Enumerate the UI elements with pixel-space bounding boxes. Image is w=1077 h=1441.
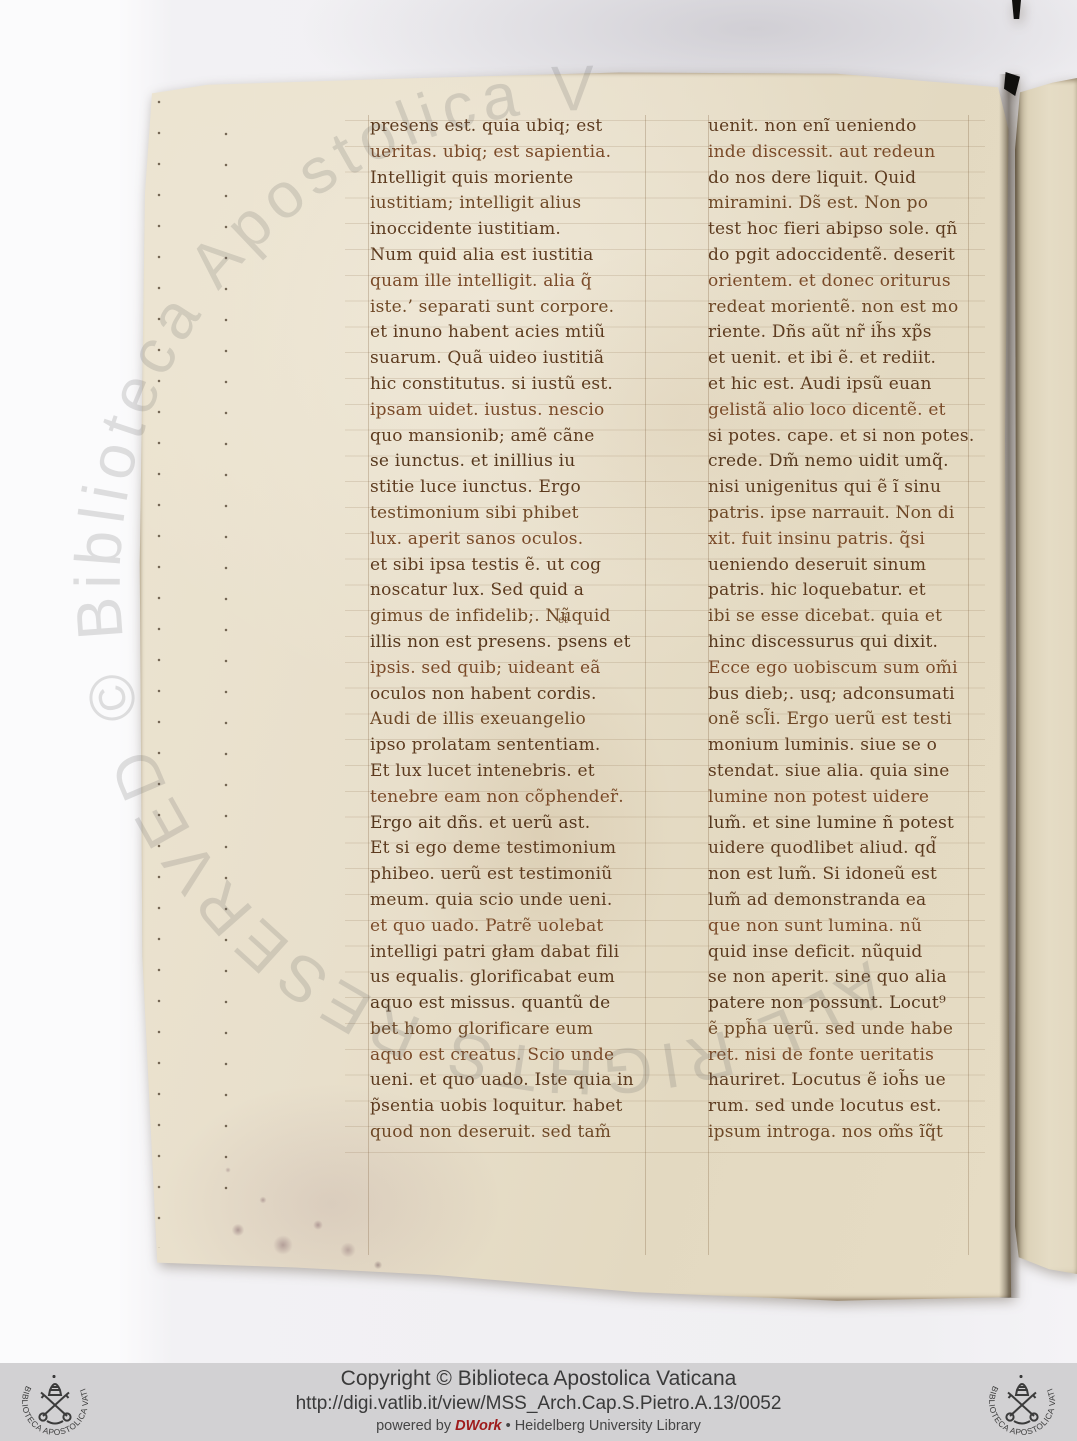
manuscript-line: ẽ pph̃a uerũ. sed unde habe — [708, 1017, 976, 1043]
manuscript-line: hinc discessurus qui dixit. — [708, 630, 976, 656]
manuscript-line: phibeo. uerũ est testimoniũ — [370, 862, 648, 888]
manuscript-line: inde discessit. aut redeun — [708, 140, 976, 166]
text-column-right: uenit. non enĩ ueniendoinde discessit. a… — [708, 114, 976, 1146]
powered-by-suffix: • Heidelberg University Library — [502, 1418, 701, 1434]
manuscript-line: se non aperit. sine quo alia — [708, 965, 976, 991]
manuscript-line: redeat morientẽ. non est mo — [708, 295, 976, 321]
manuscript-line: xit. fuit insinu patris. q̃si — [708, 527, 976, 553]
ruling-lines — [345, 120, 985, 1158]
manuscript-line: non est lum̃. Si idoneũ est — [708, 862, 976, 888]
manuscript-line: quo mansionib; amẽ cãne — [370, 424, 648, 450]
manuscript-line: testimonium sibi phibet — [370, 501, 648, 527]
manuscript-line: Et lux lucet intenebris. et — [370, 759, 648, 785]
ruling-vertical-line — [368, 115, 369, 1255]
manuscript-line: aquo est creatus. Scio unde — [370, 1043, 648, 1069]
manuscript-line: ueniendo deseruit sinum — [708, 553, 976, 579]
manuscript-line: us equalis. glorificabat eum — [370, 965, 648, 991]
manuscript-line: patris. ipse narrauit. Non di — [708, 501, 976, 527]
manuscript-line: lum̃. et sine lumine ñ potest — [708, 811, 976, 837]
manuscript-line: orientem. et donec oriturus — [708, 269, 976, 295]
manuscript-line: ipsum introga. nos om̃s ĩq̃t — [708, 1120, 976, 1146]
ruling-vertical-line — [645, 115, 646, 1255]
manuscript-line: ipso prolatam sententiam. — [370, 733, 648, 759]
manuscript-line: riente. Dñs aũt nr̃ ih̃s xp̃s — [708, 320, 976, 346]
manuscript-line: do nos dere liquit. Quid — [708, 166, 976, 192]
manuscript-line: stendat. siue alia. quia sine — [708, 759, 976, 785]
manuscript-line: iste.’ separati sunt corpore. — [370, 295, 648, 321]
pricking-holes — [157, 98, 161, 1248]
manuscript-line: si potes. cape. et si non potes. — [708, 424, 976, 450]
manuscript-line: ueni. et quo uado. Iste quia in — [370, 1068, 648, 1094]
manuscript-line: onẽ scl̃i. Ergo uerũ est testi — [708, 707, 976, 733]
manuscript-line: Audi de illis exeuangelio — [370, 707, 648, 733]
manuscript-line: ipsam uidet. iustus. nescio — [370, 398, 648, 424]
manuscript-line: meum. quia scio unde ueni. — [370, 888, 648, 914]
powered-by-line: powered by DWork • Heidelberg University… — [0, 1416, 1077, 1436]
manuscript-line: quid inse deficit. nũquid — [708, 940, 976, 966]
manuscript-line: et quo uado. Patrẽ uolebat — [370, 914, 648, 940]
binding-dark-edge — [1004, 72, 1020, 96]
manuscript-line: quod non deseruit. sed tam̃ — [370, 1120, 648, 1146]
manuscript-page: presens est. quia ubiq; estueritas. ubiq… — [138, 70, 1012, 1302]
manuscript-line: ipsis. sed quib; uideant eã — [370, 656, 648, 682]
manuscript-line: et hic est. Audi ipsũ euan — [708, 372, 976, 398]
manuscript-line: ret. nisi de fonte ueritatis — [708, 1043, 976, 1069]
manuscript-line: que non sunt lumina. nũ — [708, 914, 976, 940]
manuscript-line: iustitiam; intelligit alius — [370, 191, 648, 217]
manuscript-line: monium luminis. siue se o — [708, 733, 976, 759]
manuscript-line: hauriret. Locutus ẽ ioh̃s ue — [708, 1068, 976, 1094]
manuscript-line: oculos non habent cordis. — [370, 682, 648, 708]
manuscript-line: et inuno habent acies mtiũ — [370, 320, 648, 346]
manuscript-line: lumine non potest uidere — [708, 785, 976, 811]
manuscript-line: gimus de infidelib;. Nũquid — [370, 604, 648, 630]
manuscript-line: rum. sed unde locutus est. — [708, 1094, 976, 1120]
manuscript-line: do pgit adoccidentẽ. deserit — [708, 243, 976, 269]
digitized-manuscript-viewer: { "watermark": { "ring_text": "ALL RIGHT… — [0, 0, 1077, 1441]
manuscript-line: bus dieb;. usq; adconsumati — [708, 682, 976, 708]
text-column-left: presens est. quia ubiq; estueritas. ubiq… — [370, 114, 648, 1146]
manuscript-line: crede. Dm̃ nemo uidit umq̃. — [708, 449, 976, 475]
manuscript-line: illis non est presens. psens et — [370, 630, 648, 656]
manuscript-line: p̃sentia uobis loquitur. habet — [370, 1094, 648, 1120]
facing-page-edge — [1015, 78, 1077, 1274]
ruling-vertical-line — [968, 115, 969, 1255]
manuscript-line: Et si ego deme testimonium — [370, 836, 648, 862]
manuscript-line: uenit. non enĩ ueniendo — [708, 114, 976, 140]
manuscript-line: hic constitutus. si iustũ est. — [370, 372, 648, 398]
manuscript-line: patere non possunt. Locut⁹ — [708, 991, 976, 1017]
manuscript-line: noscatur lux. Sed quid a — [370, 578, 648, 604]
manuscript-line: stitie luce iunctus. Ergo — [370, 475, 648, 501]
manuscript-line: ibi se esse dicebat. quia et — [708, 604, 976, 630]
copyright-line: Copyright © Biblioteca Apostolica Vatica… — [0, 1366, 1077, 1392]
manuscript-line: miramini. Ds̃ est. Non po — [708, 191, 976, 217]
manuscript-line: uidere quodlibet aliud. qd̃ — [708, 836, 976, 862]
manuscript-line: tenebre eam non cõphender̃. — [370, 785, 648, 811]
manuscript-line: lux. aperit sanos oculos. — [370, 527, 648, 553]
manuscript-line: lum̃ ad demonstranda ea — [708, 888, 976, 914]
manuscript-line: bet homo glorificare eum — [370, 1017, 648, 1043]
manuscript-line: et sibi ipsa testis ẽ. ut cog — [370, 553, 648, 579]
manuscript-line: Intelligit quis moriente — [370, 166, 648, 192]
pricking-holes — [224, 130, 228, 1210]
manuscript-line: inoccidente iustitiam. — [370, 217, 648, 243]
interlinear-gloss: et̃ — [558, 615, 568, 626]
manuscript-line: et uenit. et ibi ẽ. et rediit. — [708, 346, 976, 372]
powered-by-prefix: powered by — [376, 1418, 455, 1434]
manuscript-line: ueritas. ubiq; est sapientia. — [370, 140, 648, 166]
manuscript-line: intelligi patri głam dabat fili — [370, 940, 648, 966]
manuscript-line: Num quid alia est iustitia — [370, 243, 648, 269]
dwork-brand: DWork — [455, 1418, 501, 1434]
binding-dark-edge — [1012, 0, 1021, 19]
manuscript-line: presens est. quia ubiq; est — [370, 114, 648, 140]
manuscript-line: Ecce ego uobiscum sum om̃i — [708, 656, 976, 682]
watermark-ring-text: ALL RIGHTS RESERVED © Biblioteca Apostol… — [0, 0, 899, 1109]
manuscript-line: patris. hic loquebatur. et — [708, 578, 976, 604]
manuscript-line: suarum. Quã uideo iustitiã — [370, 346, 648, 372]
manuscript-line: nisi unigenitus qui ẽ ĩ sinu — [708, 475, 976, 501]
manuscript-line: quam ille intelligit. alia q̃ — [370, 269, 648, 295]
copyright-watermark: ALL RIGHTS RESERVED © Biblioteca Apostol… — [0, 0, 1077, 1441]
footer-attribution: Copyright © Biblioteca Apostolica Vatica… — [0, 1366, 1077, 1436]
manuscript-line: aquo est missus. quantũ de — [370, 991, 648, 1017]
manuscript-line: test hoc fieri abipso sole. qñ — [708, 217, 976, 243]
manuscript-line: Ergo ait dñs. et uerũ ast. — [370, 811, 648, 837]
svg-text:ALL RIGHTS RESERVED © Bibliote: ALL RIGHTS RESERVED © Biblioteca Apostol… — [0, 0, 899, 1109]
parchment-stains — [208, 1130, 448, 1280]
book-spread: presens est. quia ubiq; estueritas. ubiq… — [0, 0, 1077, 1441]
ruling-vertical-line — [708, 115, 709, 1255]
manuscript-line: se iunctus. et inillius iu — [370, 449, 648, 475]
source-url: http://digi.vatlib.it/view/MSS_Arch.Cap.… — [0, 1392, 1077, 1416]
book-gutter-shadow — [999, 74, 1021, 1298]
manuscript-line: gelistã alio loco dicentẽ. et — [708, 398, 976, 424]
